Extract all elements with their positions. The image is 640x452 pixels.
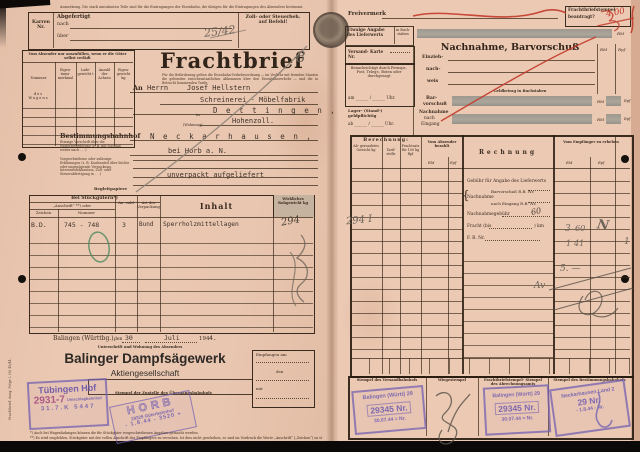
rm-label: RM (617, 31, 624, 36)
freight-row-km: ) km (534, 224, 544, 229)
wagon-table-header: Vom Absender nur auszufüllen, wenn er di… (24, 52, 131, 60)
goods-table-rows (29, 232, 313, 331)
goods-row-verpackung: Bund (139, 221, 153, 228)
tuebingen-stamp-line2b: Umschlagbahnhof (67, 395, 102, 402)
footnote-2: **) Es wird empfohlen, Stückgüter mit de… (30, 436, 322, 440)
calc-grid-left (350, 170, 462, 358)
goods-row-inhalt: Sperrholzmittellagen (163, 221, 239, 228)
rm-label: RM (428, 161, 434, 165)
printer-imprint: Frachtbrief. Ausg. Folge I. (B) 49/44. (8, 310, 12, 420)
rm-label: RM (566, 161, 572, 165)
rm-label: RM (597, 117, 604, 122)
rm-label: RM (597, 99, 604, 104)
calc-grid-middle (462, 250, 553, 358)
seal-stamp (313, 12, 349, 48)
cash-advance-rpf-box (606, 96, 621, 106)
cod-after-receipt-1: Nachnahme (419, 110, 448, 115)
date-year-typed: 4. (209, 334, 217, 342)
date-year-printed: 194 (199, 336, 210, 342)
amount-in-words-caption: Geldbetrag in Buchstaben (470, 89, 570, 93)
declared-value-label: Etwaige Angabe des Lieferwerts (347, 28, 393, 38)
rule (53, 12, 54, 48)
storage-time-line: ab ______ / ______ Uhr. (348, 121, 394, 126)
rule (133, 160, 318, 161)
tuebingen-station-stamp: Tübingen Hbf 2931-7 Umschlagbahnhof 31.7… (27, 378, 109, 430)
calc-col-tariff: Tarif- stelle (383, 149, 399, 157)
rule (29, 217, 313, 218)
rule (413, 26, 414, 135)
rule (200, 119, 318, 126)
received-mit-label: mit (256, 386, 263, 391)
handwritten-margin-one: 1 (624, 237, 630, 247)
stamp-header-weighing: Wiegestempel (428, 378, 476, 382)
scan-edge-bottom (0, 441, 640, 452)
rule (133, 185, 318, 186)
calc-col-collect-from-receiver: Vom Empfänger zu erheben (555, 140, 627, 144)
waybill-balingen-stamp: Balingen (Württ) 29 29345 Nr. 30.07.44 =… (483, 384, 551, 435)
rule (615, 44, 616, 94)
rule (133, 168, 318, 169)
stamp-header-forwarding-station: Stempel des Versandbahnhofs (350, 378, 424, 382)
waybill-stamp-requested-line2: beantragt? (568, 15, 595, 20)
rule (502, 216, 550, 217)
wagon-col-achsen: Anzahl der Achsen (96, 68, 113, 80)
customs-label: Zoll- oder Steuerbeh. auf Befehl! (241, 15, 305, 26)
rule (390, 52, 410, 53)
received-box (252, 350, 315, 408)
goods-col-verpackung: Art der Verpackung (137, 201, 160, 210)
received-den-label: den (276, 369, 284, 374)
notified-label: Benachrichtigt durch Fernspr., Post, Tel… (347, 66, 411, 79)
rule (478, 376, 479, 436)
handwritten-total-five: 5. — (560, 264, 580, 274)
goods-col-anschrift: „Anschrift“ **) oder (29, 203, 115, 208)
signature-caption: Unterschrift und Wohnung des Absenders (75, 345, 205, 349)
scanned-freight-document: Anmerkung. Die stark umrahmten Teile sin… (0, 0, 640, 452)
accompanying-papers-label: Begleitpapiere (94, 186, 127, 191)
calculation-label: Berechnung: (352, 137, 420, 143)
punch-hole (18, 153, 26, 161)
waybill-stamp-line3: 30.07.44 = Nr. (486, 414, 548, 423)
calc-col-weight: Ab- gerundetes Gewicht kg (351, 145, 381, 153)
fee-declared-value-row: Gebühr für Angabe des Lieferwerts (467, 179, 546, 184)
rule (448, 68, 595, 73)
sender-company-name: Balinger Dampfsägewerk (55, 351, 235, 366)
collection-word-3: weis (427, 79, 438, 84)
in-words-label: in Buch- staben (395, 28, 411, 36)
calc-summary-cells (350, 358, 630, 374)
rule (597, 44, 598, 94)
goods-col-inhalt: Inhalt (160, 201, 273, 211)
rule (528, 190, 550, 191)
punch-hole (18, 275, 26, 283)
freight-row-label: Fracht (bis (467, 224, 491, 229)
handwritten-number-8: 8 (296, 48, 306, 66)
goods-col-nummer: Nummer (58, 210, 115, 215)
card-number-label: Versand- Karte Nr. (348, 49, 390, 59)
goods-row-nummer: 745 - 748 (64, 221, 99, 229)
storage-fee-label: Lager- (Stand-) geldpflichtig (348, 109, 410, 118)
anmerkung-note: Anmerkung. Die stark umrahmten Teile sin… (60, 5, 310, 9)
declared-value-bar (417, 29, 612, 38)
fb-number-row: F. B. Nr. (467, 236, 485, 241)
goods-col-zeichen: Zeichen (29, 210, 58, 215)
collection-word-2: nach- (426, 67, 440, 72)
rule (489, 228, 532, 229)
rule (448, 80, 595, 85)
waybill-stamp-line1: Balingen (Württ) 29 (485, 390, 547, 399)
wagon-col-ladegewicht: Lade- gewicht t (77, 68, 94, 76)
rule (350, 168, 630, 169)
handwritten-row2-rpf: 41 (574, 239, 584, 248)
received-am-label: Empfangen am (256, 352, 287, 357)
cod-row-label: Nachnahme (467, 195, 494, 200)
cod-after-receipt-2: nach (424, 116, 435, 121)
balingen-stamp-line1: Balingen (Württ) 29 (354, 390, 422, 402)
cash-advance-bar (452, 96, 592, 106)
destination-station-label: Bestimmungsbahnhof (60, 132, 140, 140)
rule (122, 336, 140, 343)
karren-cell: Karren Nr. (29, 20, 53, 31)
rule (256, 380, 309, 381)
ueber-label: über (57, 34, 68, 39)
rpf-label: Rpf (624, 99, 630, 103)
cod-after-receipt-3: Eingang (421, 122, 440, 127)
calc-col-paid-by-sender: Vom Absender bezahlt (423, 140, 461, 148)
balingen-stamp-line3: 30.07.44 = Nr. (356, 414, 424, 426)
goods-row-zeichen: B.D. (31, 221, 47, 229)
goods-col-gewicht: Wirkliches Rohgewicht kg (274, 197, 312, 205)
rpf-label: Rpf (618, 47, 625, 52)
cod-header: Nachnahme, Barvorschuß (440, 42, 580, 53)
rule (22, 62, 133, 63)
cod-rpf-box (606, 114, 621, 124)
handwritten-row2-rm: 1 (566, 239, 571, 248)
cash-advance-label-1: Bar- (426, 96, 437, 101)
form-title: Frachtbrief (160, 48, 300, 73)
nach-label: nach (57, 22, 69, 27)
rpf-label: Rpf (450, 161, 456, 165)
footnote-1: *) Auch bei Wagenladungen können die für… (30, 431, 322, 435)
goods-col-anzahl: An- zahl (115, 201, 137, 205)
rpf-label: Rpf (598, 161, 604, 165)
rule (485, 240, 540, 241)
collection-word-1: Einzieh- (422, 55, 443, 60)
date-place: Balingen (Württbg.), (53, 335, 116, 342)
handwritten-freight-rm: 3 (565, 224, 571, 234)
declarations-note: Vorgeschriebene oder zulässige Erklärung… (60, 158, 132, 177)
waybill-stamp-number: 29345 Nr. (495, 401, 539, 415)
rule (256, 398, 309, 399)
rule (382, 13, 558, 19)
rule (238, 12, 239, 48)
rule (130, 86, 318, 93)
rule (145, 336, 197, 343)
rule (130, 149, 318, 156)
scan-edge-left (0, 0, 6, 48)
rule (448, 56, 595, 61)
wagon-col-eigengewicht: Eigen- gewicht kg (115, 68, 132, 80)
rule (133, 177, 318, 178)
abgefertigt-label: Abgefertigt (57, 14, 90, 20)
rule (160, 98, 318, 105)
calc-col-invoice: Rechnung (465, 149, 551, 156)
rule (528, 202, 550, 203)
rule (133, 108, 318, 115)
handwritten-n-mark: N (596, 217, 610, 234)
balingen-stamp-number: 29345 Nr. (367, 401, 411, 417)
goods-row-anzahl: 3 (122, 221, 126, 229)
handwritten-freight-rpf: 60 (575, 224, 585, 233)
rule (130, 134, 318, 141)
calc-col-rate: Frachtsatz für 100 kg Rpf (401, 145, 420, 157)
rule (256, 362, 309, 363)
freivermerk-label: Freivermerk (348, 11, 386, 17)
wagon-col-nummer: Nummer (23, 76, 54, 80)
wagon-col-merkmal: Eigen- tums- merkmal (56, 68, 75, 80)
notified-time-line: am ______ / ______ Uhr. (348, 95, 395, 100)
balingen-stamp-1: Balingen (Württ) 29 29345 Nr. 30.07.44 =… (351, 385, 427, 435)
cash-advance-label-2: vorschuß (423, 102, 447, 107)
cod-after-receipt-bar (452, 114, 592, 124)
sender-company-type: Aktiengesellschaft (55, 368, 235, 378)
rpf-label: Rpf (624, 117, 630, 121)
handwritten-av-note: Av (534, 281, 545, 291)
rm-label: RM (600, 47, 607, 52)
destination-station-note: Etwaige Vorschrift über die Weiterbeförd… (60, 141, 128, 152)
